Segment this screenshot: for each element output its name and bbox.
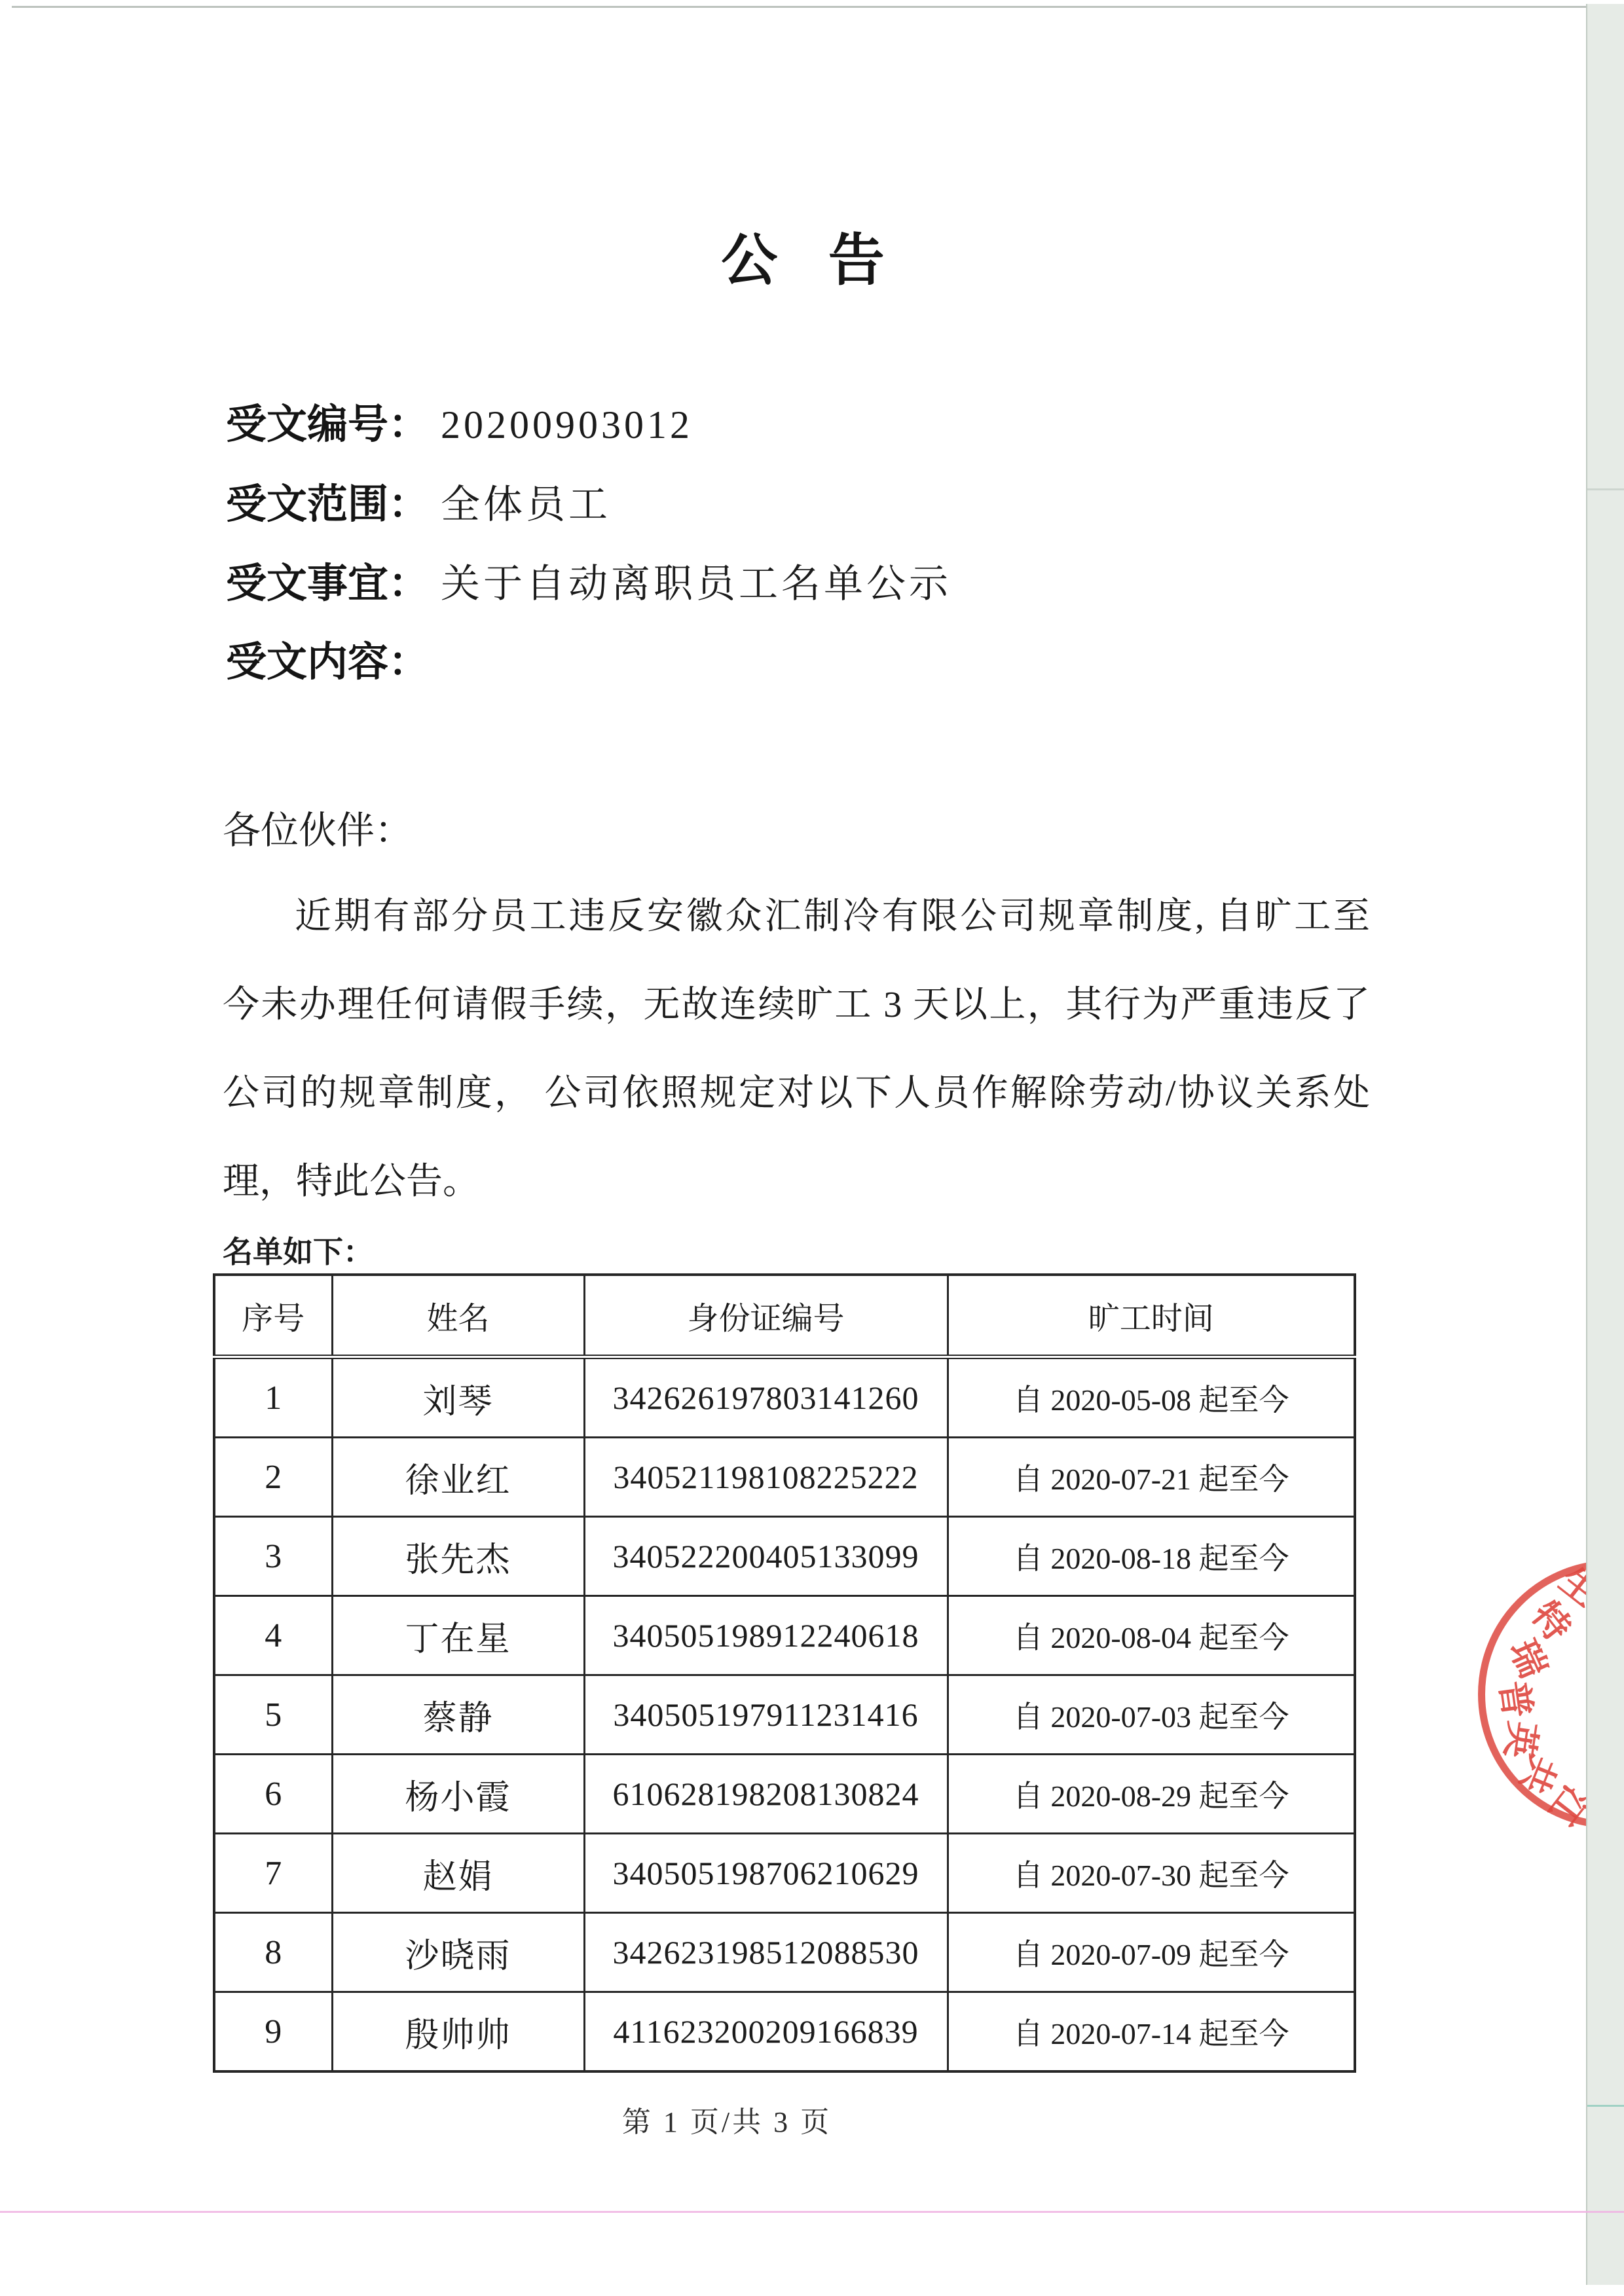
scan-pink-line: [0, 2211, 1624, 2213]
paragraph-line: 今未办理任何请假手续，无故连续旷工 3 天以上，其行为严重违反了: [223, 982, 1370, 1028]
table-row: 6杨小霞610628198208130824自 2020-08-29 起至今: [214, 1755, 1355, 1834]
table-cell: 沙晓雨: [332, 1913, 584, 1992]
table-cell: 340505198706210629: [584, 1834, 948, 1913]
table-cell: 张先杰: [332, 1517, 584, 1596]
table-cell: 4: [214, 1596, 332, 1675]
table-row: 8沙晓雨342623198512088530自 2020-07-09 起至今: [214, 1913, 1355, 1992]
table-row: 4丁在星340505198912240618自 2020-08-04 起至今: [214, 1596, 1355, 1675]
scan-right-edge-band: [1586, 4, 1624, 2285]
roster-table: 序号 姓名 身份证编号 旷工时间 1刘琴342626197803141260自 …: [213, 1273, 1356, 2073]
table-cell: 自 2020-08-04 起至今: [948, 1596, 1355, 1675]
table-cell: 杨小霞: [332, 1755, 584, 1834]
table-row: 5蔡静340505197911231416自 2020-07-03 起至今: [214, 1675, 1355, 1755]
table-cell: 340505198912240618: [584, 1596, 948, 1675]
table-cell: 9: [214, 1992, 332, 2072]
table-cell: 徐业红: [332, 1438, 584, 1517]
field-value: 全体员工: [441, 483, 611, 526]
table-cell: 自 2020-08-18 起至今: [948, 1517, 1355, 1596]
field-row-content: 受文内容：: [226, 638, 441, 687]
table-cell: 340522200405133099: [584, 1517, 948, 1596]
document-page: 公 告 受文编号：20200903012 受文范围：全体员工 受文事宜：关于自动…: [0, 0, 1624, 2296]
table-header-cell-name: 姓名: [332, 1275, 584, 1357]
seal-glyph: 普: [1489, 1677, 1546, 1721]
scan-top-edge-line: [12, 6, 1590, 8]
table-cell: 342623198512088530: [584, 1913, 948, 1992]
table-cell: 8: [214, 1913, 332, 1992]
table-header-cell-absence: 旷工时间: [948, 1275, 1355, 1357]
paragraph-line: 公司的规章制度， 公司依照规定对以下人员作解除劳动/协议关系处: [223, 1070, 1370, 1116]
list-intro: 名单如下：: [223, 1228, 373, 1271]
table-cell: 340505197911231416: [584, 1675, 948, 1755]
table-cell: 342626197803141260: [584, 1357, 948, 1438]
table-cell: 自 2020-07-30 起至今: [948, 1834, 1355, 1913]
table-cell: 7: [214, 1834, 332, 1913]
table-cell: 自 2020-07-21 起至今: [948, 1438, 1355, 1517]
table-cell: 5: [214, 1675, 332, 1755]
table-header-row: 序号 姓名 身份证编号 旷工时间: [214, 1275, 1355, 1357]
field-row-scope: 受文范围：全体员工: [226, 481, 611, 529]
table-row: 1刘琴342626197803141260自 2020-05-08 起至今: [214, 1357, 1355, 1438]
table-cell: 411623200209166839: [584, 1992, 948, 2072]
table-header-cell-id: 身份证编号: [584, 1275, 948, 1357]
table-cell: 1: [214, 1357, 332, 1438]
table-row: 2徐业红340521198108225222自 2020-07-21 起至今: [214, 1438, 1355, 1517]
field-label: 受文范围：: [226, 483, 429, 527]
table-row: 7赵娟340505198706210629自 2020-07-30 起至今: [214, 1834, 1355, 1913]
table-cell: 自 2020-05-08 起至今: [948, 1357, 1355, 1438]
field-label: 受文编号：: [226, 403, 429, 447]
table-cell: 2: [214, 1438, 332, 1517]
table-cell: 340521198108225222: [584, 1438, 948, 1517]
table-cell: 刘琴: [332, 1357, 584, 1438]
table-row: 9殷帅帅411623200209166839自 2020-07-14 起至今: [214, 1992, 1355, 2072]
page-footer: 第 1 页/共 3 页: [0, 2098, 1454, 2140]
field-row-doc-number: 受文编号：20200903012: [226, 401, 693, 449]
field-value: 关于自动离职员工名单公示: [441, 562, 951, 606]
field-label: 受文事宜：: [226, 562, 429, 606]
field-label: 受文内容：: [226, 640, 429, 685]
salutation: 各位伙伴：: [223, 808, 413, 854]
table-cell: 蔡静: [332, 1675, 584, 1755]
page-title: 公 告: [0, 215, 1624, 296]
scan-band-teal-line: [1587, 2105, 1624, 2107]
scan-band-gray-line: [1587, 488, 1624, 490]
paragraph-line: 近期有部分员工违反安徽众汇制冷有限公司规章制度, 自旷工至: [223, 894, 1370, 939]
table-cell: 自 2020-07-03 起至今: [948, 1675, 1355, 1755]
table-cell: 赵娟: [332, 1834, 584, 1913]
table-cell: 丁在星: [332, 1596, 584, 1675]
paragraph-line: 理，特此公告。: [223, 1159, 1370, 1205]
table-cell: 自 2020-07-09 起至今: [948, 1913, 1355, 1992]
table-cell: 3: [214, 1517, 332, 1596]
table-cell: 6: [214, 1755, 332, 1834]
table-cell: 610628198208130824: [584, 1755, 948, 1834]
table-cell: 殷帅帅: [332, 1992, 584, 2072]
field-value: 20200903012: [441, 403, 693, 446]
table-cell: 自 2020-07-14 起至今: [948, 1992, 1355, 2072]
field-row-subject: 受文事宜：关于自动离职员工名单公示: [226, 560, 951, 608]
table-row: 3张先杰340522200405133099自 2020-08-18 起至今: [214, 1517, 1355, 1596]
table-header-cell-index: 序号: [214, 1275, 332, 1357]
table-cell: 自 2020-08-29 起至今: [948, 1755, 1355, 1834]
